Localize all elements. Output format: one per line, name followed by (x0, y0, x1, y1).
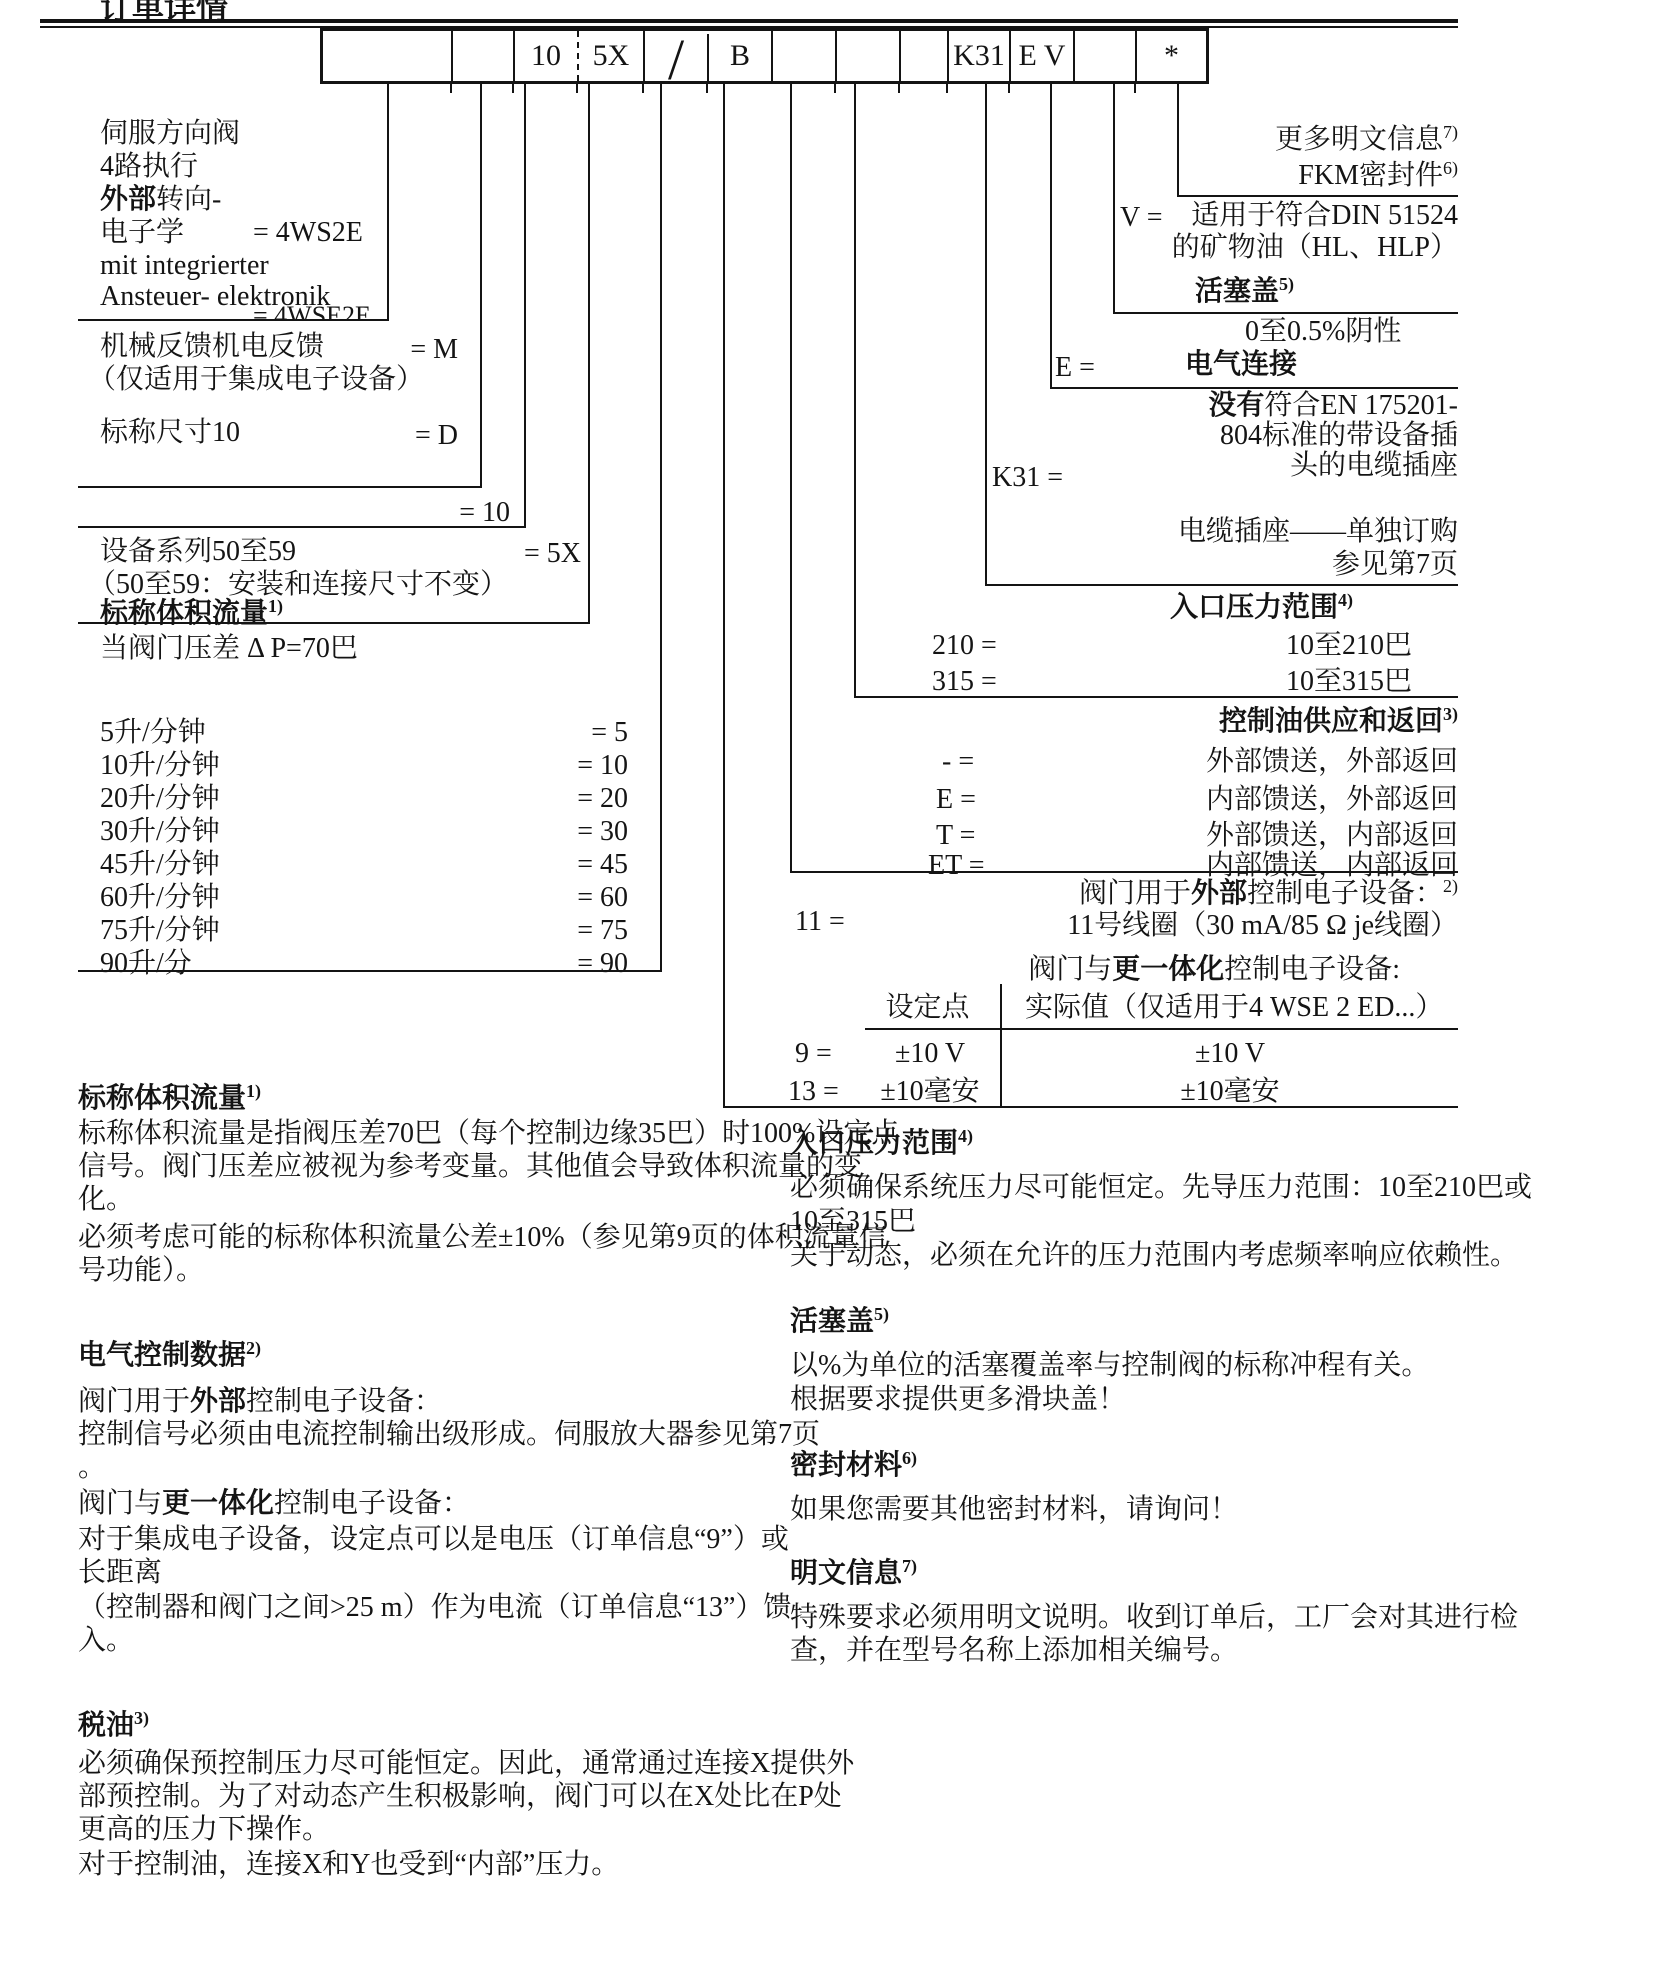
valve-type-line3-bold: 外部 (100, 184, 156, 215)
pilot-row-code: - = (942, 746, 974, 778)
flow-row-label: 60升/分钟 (100, 882, 220, 914)
note2-line: 阀门与更一体化控制电子设备： (78, 1488, 470, 1520)
valve-type-line3: 外部转向- (100, 184, 221, 216)
flow-header: 标称体积流量1) (100, 598, 283, 630)
series10-code: = 10 (430, 497, 510, 529)
feedback-label: 机械反馈机电反馈 (100, 331, 324, 363)
code-cell-9 (901, 31, 949, 81)
table-col1-header: 设定点 (865, 992, 990, 1024)
note2-line: 控制信号必须由电流控制输出级形成。伺服放大器参见第7页 (78, 1419, 820, 1451)
size-label: 标称尺寸10 (100, 417, 240, 449)
more-info-label: 更多明文信息7) (1058, 124, 1458, 156)
note3-line: 对于控制油，连接X和Y也受到“内部”压力。 (78, 1849, 619, 1881)
note1-header: 标称体积流量1) (78, 1083, 261, 1115)
socket-line1: 电缆插座——单独订购 (998, 516, 1458, 548)
stub-line (576, 81, 578, 93)
leader-line (985, 81, 987, 584)
ordering-code-box: 10 5X / B K31 E V * (320, 28, 1209, 84)
note2-line: 入。 (78, 1625, 134, 1657)
leader-line (1050, 81, 1052, 387)
stub-line (450, 81, 452, 93)
leader-line (524, 81, 526, 526)
seal-line2: 的矿物油（HL、HLP） (1058, 232, 1458, 264)
elec-line1: 没有符合EN 175201- (998, 390, 1458, 422)
pilot-header: 控制油供应和返回3) (958, 706, 1458, 738)
leader-line (660, 81, 662, 970)
leader-line (723, 81, 725, 1106)
note7-line: 查，并在型号名称上添加相关编号。 (790, 1635, 1238, 1667)
note6-line: 如果您需要其他密封材料，请询问！ (790, 1494, 1238, 1526)
flow-row-code: = 10 (540, 750, 628, 782)
note2-line: 阀门用于外部控制电子设备： (78, 1386, 442, 1418)
flow-row-label: 30升/分钟 (100, 816, 220, 848)
series-label: 设备系列50至59 (100, 536, 296, 568)
note2-line: 。 (78, 1452, 106, 1484)
note4-line: 必须确保系统压力尽可能恒定。先导压力范围：10至210巴或 (790, 1172, 1532, 1204)
flow-row-code: = 75 (540, 915, 628, 947)
code-4wse2e-clipped: = 4WSE2E (253, 301, 371, 319)
code-cell-10: K31 (949, 31, 1011, 81)
note3-line: 必须确保预控制压力尽可能恒定。因此，通常通过连接X提供外 (78, 1748, 854, 1780)
table-row-setpoint: ±10毫安 (860, 1076, 1000, 1108)
note1-line: 化。 (78, 1184, 134, 1216)
code-cell-8 (837, 31, 901, 81)
series-code: = 5X (495, 538, 581, 570)
note7-header: 明文信息7) (790, 1558, 917, 1590)
note1-line: 必须考虑可能的标称体积流量公差±10%（参见第9页的体积流量信 (78, 1222, 887, 1254)
elec-line2: 804标准的带设备插 (998, 420, 1458, 452)
note5-header: 活塞盖5) (790, 1306, 889, 1338)
leader-line (480, 81, 482, 486)
pressure-210-value: 10至210巴 (1200, 630, 1412, 662)
socket-line2: 参见第7页 (998, 549, 1458, 581)
title-rule-thick (40, 19, 1458, 23)
code-cell-6: B (709, 31, 773, 81)
external-electronics-label: 阀门用于外部控制电子设备：2) (938, 878, 1458, 910)
series-note: （50至59：安装和连接尺寸不变） (88, 569, 508, 601)
pressure-315-value: 10至315巴 (1200, 666, 1412, 698)
elec-header: 电气连接 (1185, 349, 1297, 381)
table-col2-header: 实际值（仅适用于4 WSE 2 ED...） (1025, 992, 1443, 1024)
code-4ws2e: = 4WS2E (253, 217, 363, 249)
piston-value: 0至0.5%阴性 (1245, 316, 1401, 348)
datasheet-page: 订单详情 10 5X / B K31 E V * (0, 0, 1654, 1966)
table-divider-line (1000, 984, 1002, 1106)
code-cell-11: E V (1011, 31, 1075, 81)
flow-row-label: 10升/分钟 (100, 750, 220, 782)
note3-line: 更高的压力下操作。 (78, 1814, 330, 1846)
note4-line: 10至315巴 (790, 1206, 916, 1238)
note1-line: 标称体积流量是指阀压差70巴（每个控制边缘35巴）时100%设定点 (78, 1118, 899, 1150)
code-cell-2 (453, 31, 515, 81)
flow-row-code: = 5 (540, 717, 628, 749)
note6-header: 密封材料6) (790, 1450, 917, 1482)
table-row-actual: ±10毫安 (1030, 1076, 1430, 1108)
flow-row-label: 20升/分钟 (100, 783, 220, 815)
stub-line (1134, 81, 1136, 93)
table-row-setpoint: ±10 V (860, 1038, 1000, 1070)
note2-header: 电气控制数据2) (78, 1340, 261, 1372)
stub-line (642, 81, 644, 93)
rule-line (78, 319, 389, 321)
table-row-code: 13 = (788, 1076, 839, 1108)
note3-line: 部预控制。为了对动态产生积极影响，阀门可以在X处比在P处 (78, 1781, 842, 1813)
flow-row-label: 75升/分钟 (100, 915, 220, 947)
leader-line (588, 81, 590, 622)
valve-type-line4: 电子学 (100, 217, 184, 249)
flow-row-label: 90升/分 (100, 948, 192, 980)
valve-type-line3-rest: 转向- (156, 184, 221, 215)
seal-line1: 适用于符合DIN 51524 (1058, 200, 1458, 232)
valve-type-line2: 4路执行 (100, 151, 198, 183)
code-cell-3: 10 (515, 31, 579, 81)
note2-line: 对于集成电子设备，设定点可以是电压（订单信息“9”）或 (78, 1524, 789, 1556)
flow-header-sup: 1) (268, 596, 283, 616)
flow-row-code: = 60 (540, 882, 628, 914)
code-cell-5: / (645, 34, 709, 84)
elec-line3: 头的电缆插座 (998, 450, 1458, 482)
leader-line (1113, 81, 1115, 312)
table-header-rule (865, 1028, 1458, 1030)
size-code: = D (390, 420, 458, 452)
feedback-note: （仅适用于集成电子设备） (88, 364, 424, 396)
pressure-210-code: 210 = (932, 630, 997, 662)
stub-line (706, 81, 708, 93)
code-cell-4: 5X (579, 31, 645, 81)
note3-header: 税油3) (78, 1710, 149, 1742)
fkm-seal-label: FKM密封件6) (1058, 160, 1458, 192)
stub-line (898, 81, 900, 93)
note1-line: 号功能）。 (78, 1255, 204, 1287)
pressure-315-code: 315 = (932, 666, 997, 698)
flow-row-label: 5升/分钟 (100, 717, 206, 749)
note1-line: 信号。阀门压差应被视为参考变量。其他值会导致体积流量的变 (78, 1151, 862, 1183)
note5-line: 根据要求提供更多滑块盖！ (790, 1384, 1126, 1416)
rule-line (1050, 387, 1458, 389)
integrated-electronics-label: 阀门与更一体化控制电子设备: (880, 954, 1400, 986)
stub-line (946, 81, 948, 93)
leader-line (387, 81, 389, 319)
elec-code: E = (1055, 352, 1095, 384)
note4-header: 入口压力范围4) (790, 1128, 973, 1160)
note2-line: 长距离 (78, 1557, 162, 1589)
rule-line (985, 584, 1458, 586)
feedback-code: = M (390, 334, 458, 366)
pilot-row-code: T = (936, 820, 975, 852)
table-row-actual: ±10 V (1030, 1038, 1430, 1070)
socket-code: K31 = (992, 462, 1063, 494)
coil-value: 11号线圈（30 mA/85 Ω je线圈） (938, 910, 1458, 942)
note4-line: 关于动态，必须在允许的压力范围内考虑频率响应依赖性。 (790, 1240, 1518, 1272)
flow-row-label: 45升/分钟 (100, 849, 220, 881)
flow-condition: 当阀门压差 Δ P=70巴 (100, 633, 358, 665)
flow-row-code: = 30 (540, 816, 628, 848)
stub-line (1008, 81, 1010, 93)
flow-row-code: = 90 (540, 948, 628, 980)
piston-header: 活塞盖5) (1195, 276, 1294, 308)
pilot-row-value: 外部馈送，内部返回 (1058, 820, 1458, 852)
pressure-header: 入口压力范围4) (1170, 592, 1353, 624)
note7-line: 特殊要求必须用明文说明。收到订单后，工厂会对其进行检 (790, 1602, 1518, 1634)
pilot-row-value: 内部馈送，外部返回 (1058, 784, 1458, 816)
rule-line (1177, 195, 1458, 197)
note2-line: （控制器和阀门之间>25 m）作为电流（订单信息“13”）馈 (78, 1592, 791, 1624)
rule-line (78, 486, 482, 488)
stub-line (834, 81, 836, 93)
valve-type-line5: mit integrierter (100, 250, 269, 282)
code-cell-13: * (1137, 31, 1206, 81)
note5-line: 以%为单位的活塞覆盖率与控制阀的标称冲程有关。 (790, 1350, 1429, 1382)
coil-code: 11 = (795, 906, 845, 938)
table-row-code: 9 = (795, 1038, 832, 1070)
pilot-row-code: E = (936, 784, 976, 816)
code-cell-7 (773, 31, 837, 81)
leader-line (790, 81, 792, 871)
pilot-row-value: 外部馈送，外部返回 (1058, 746, 1458, 778)
stub-line (512, 81, 514, 93)
flow-row-code: = 20 (540, 783, 628, 815)
leader-line (854, 81, 856, 696)
flow-row-code: = 45 (540, 849, 628, 881)
code-cell-12 (1075, 31, 1137, 81)
rule-line (1113, 312, 1458, 314)
valve-type-line1: 伺服方向阀 (100, 118, 240, 150)
code-cell-1 (323, 31, 453, 81)
